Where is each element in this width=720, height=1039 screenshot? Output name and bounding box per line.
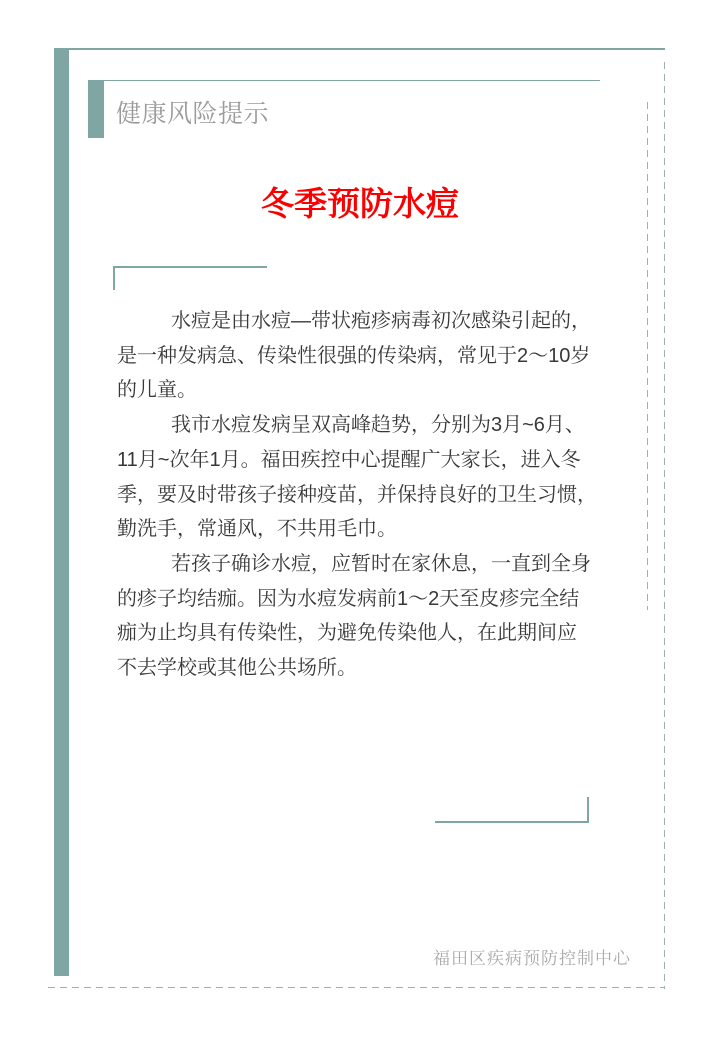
bottom-dashed-border [48,987,665,988]
body-line: 水痘是由水痘—带状疱疹病毒初次感染引起的， [117,304,621,339]
notice-page: 健康风险提示 冬季预防水痘 水痘是由水痘—带状疱疹病毒初次感染引起的， 是一种发… [0,0,720,1039]
body-line: 季，要及时带孩子接种疫苗，并保持良好的卫生习惯， [117,478,621,513]
bottom-right-corner-bracket [435,797,589,823]
header-accent-square-icon [88,80,104,138]
body-line: 11月~次年1月。福田疾控中心提醒广大家长，进入冬 [117,443,621,478]
body-line: 勤洗手，常通风，不共用毛巾。 [117,512,621,547]
body-line: 的疹子均结痂。因为水痘发病前1～2天至皮疹完全结 [117,582,621,617]
body-line: 我市水痘发病呈双高峰趋势，分别为3月~6月、 [117,408,621,443]
header-label: 健康风险提示 [116,99,269,129]
body-line: 不去学校或其他公共场所。 [117,651,621,686]
body-line: 若孩子确诊水痘，应暂时在家休息，一直到全身 [117,547,621,582]
body-line: 是一种发病急、传染性很强的传染病，常见于2～10岁 [117,339,621,374]
notice-title: 冬季预防水痘 [0,178,720,225]
top-rule-line [68,48,665,50]
issuer-name: 福田区疾病预防控制中心 [433,946,631,972]
notice-body: 水痘是由水痘—带状疱疹病毒初次感染引起的， 是一种发病急、传染性很强的传染病，常… [117,304,621,686]
body-line: 痂为止均具有传染性，为避免传染他人，在此期间应 [117,616,621,651]
header-rule-line [104,80,600,81]
body-line: 的儿童。 [117,373,621,408]
top-left-corner-bracket [113,266,267,290]
